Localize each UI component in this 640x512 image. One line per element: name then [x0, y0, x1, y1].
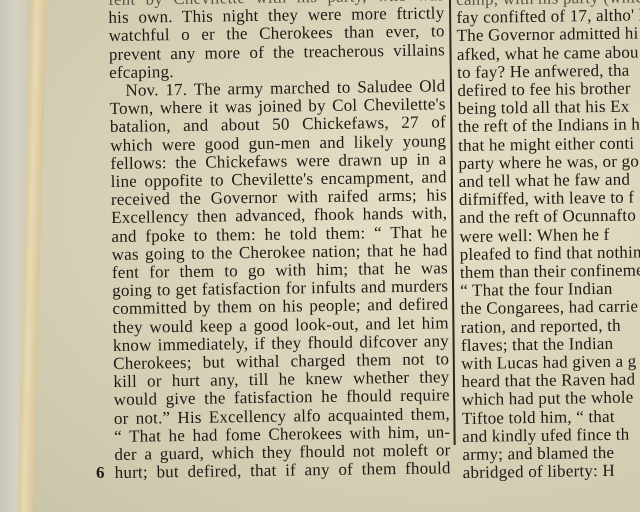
- newspaper-page: fent by Chevilette with his party, who w…: [0, 0, 640, 512]
- text-line: hurt; but defired, that if any of them f…: [115, 460, 451, 483]
- column-rule: [449, 0, 456, 445]
- left-text-column: fent by Chevilette with his party, who w…: [108, 0, 451, 482]
- text-line: ration, and reported, th: [461, 316, 640, 337]
- page-number: 6: [96, 463, 105, 483]
- text-line: abridged of liberty: H: [463, 461, 640, 482]
- text-line: and the reft of Ocunnafto: [459, 207, 640, 228]
- right-text-column: camp, with his party (which fay confifte…: [456, 0, 640, 482]
